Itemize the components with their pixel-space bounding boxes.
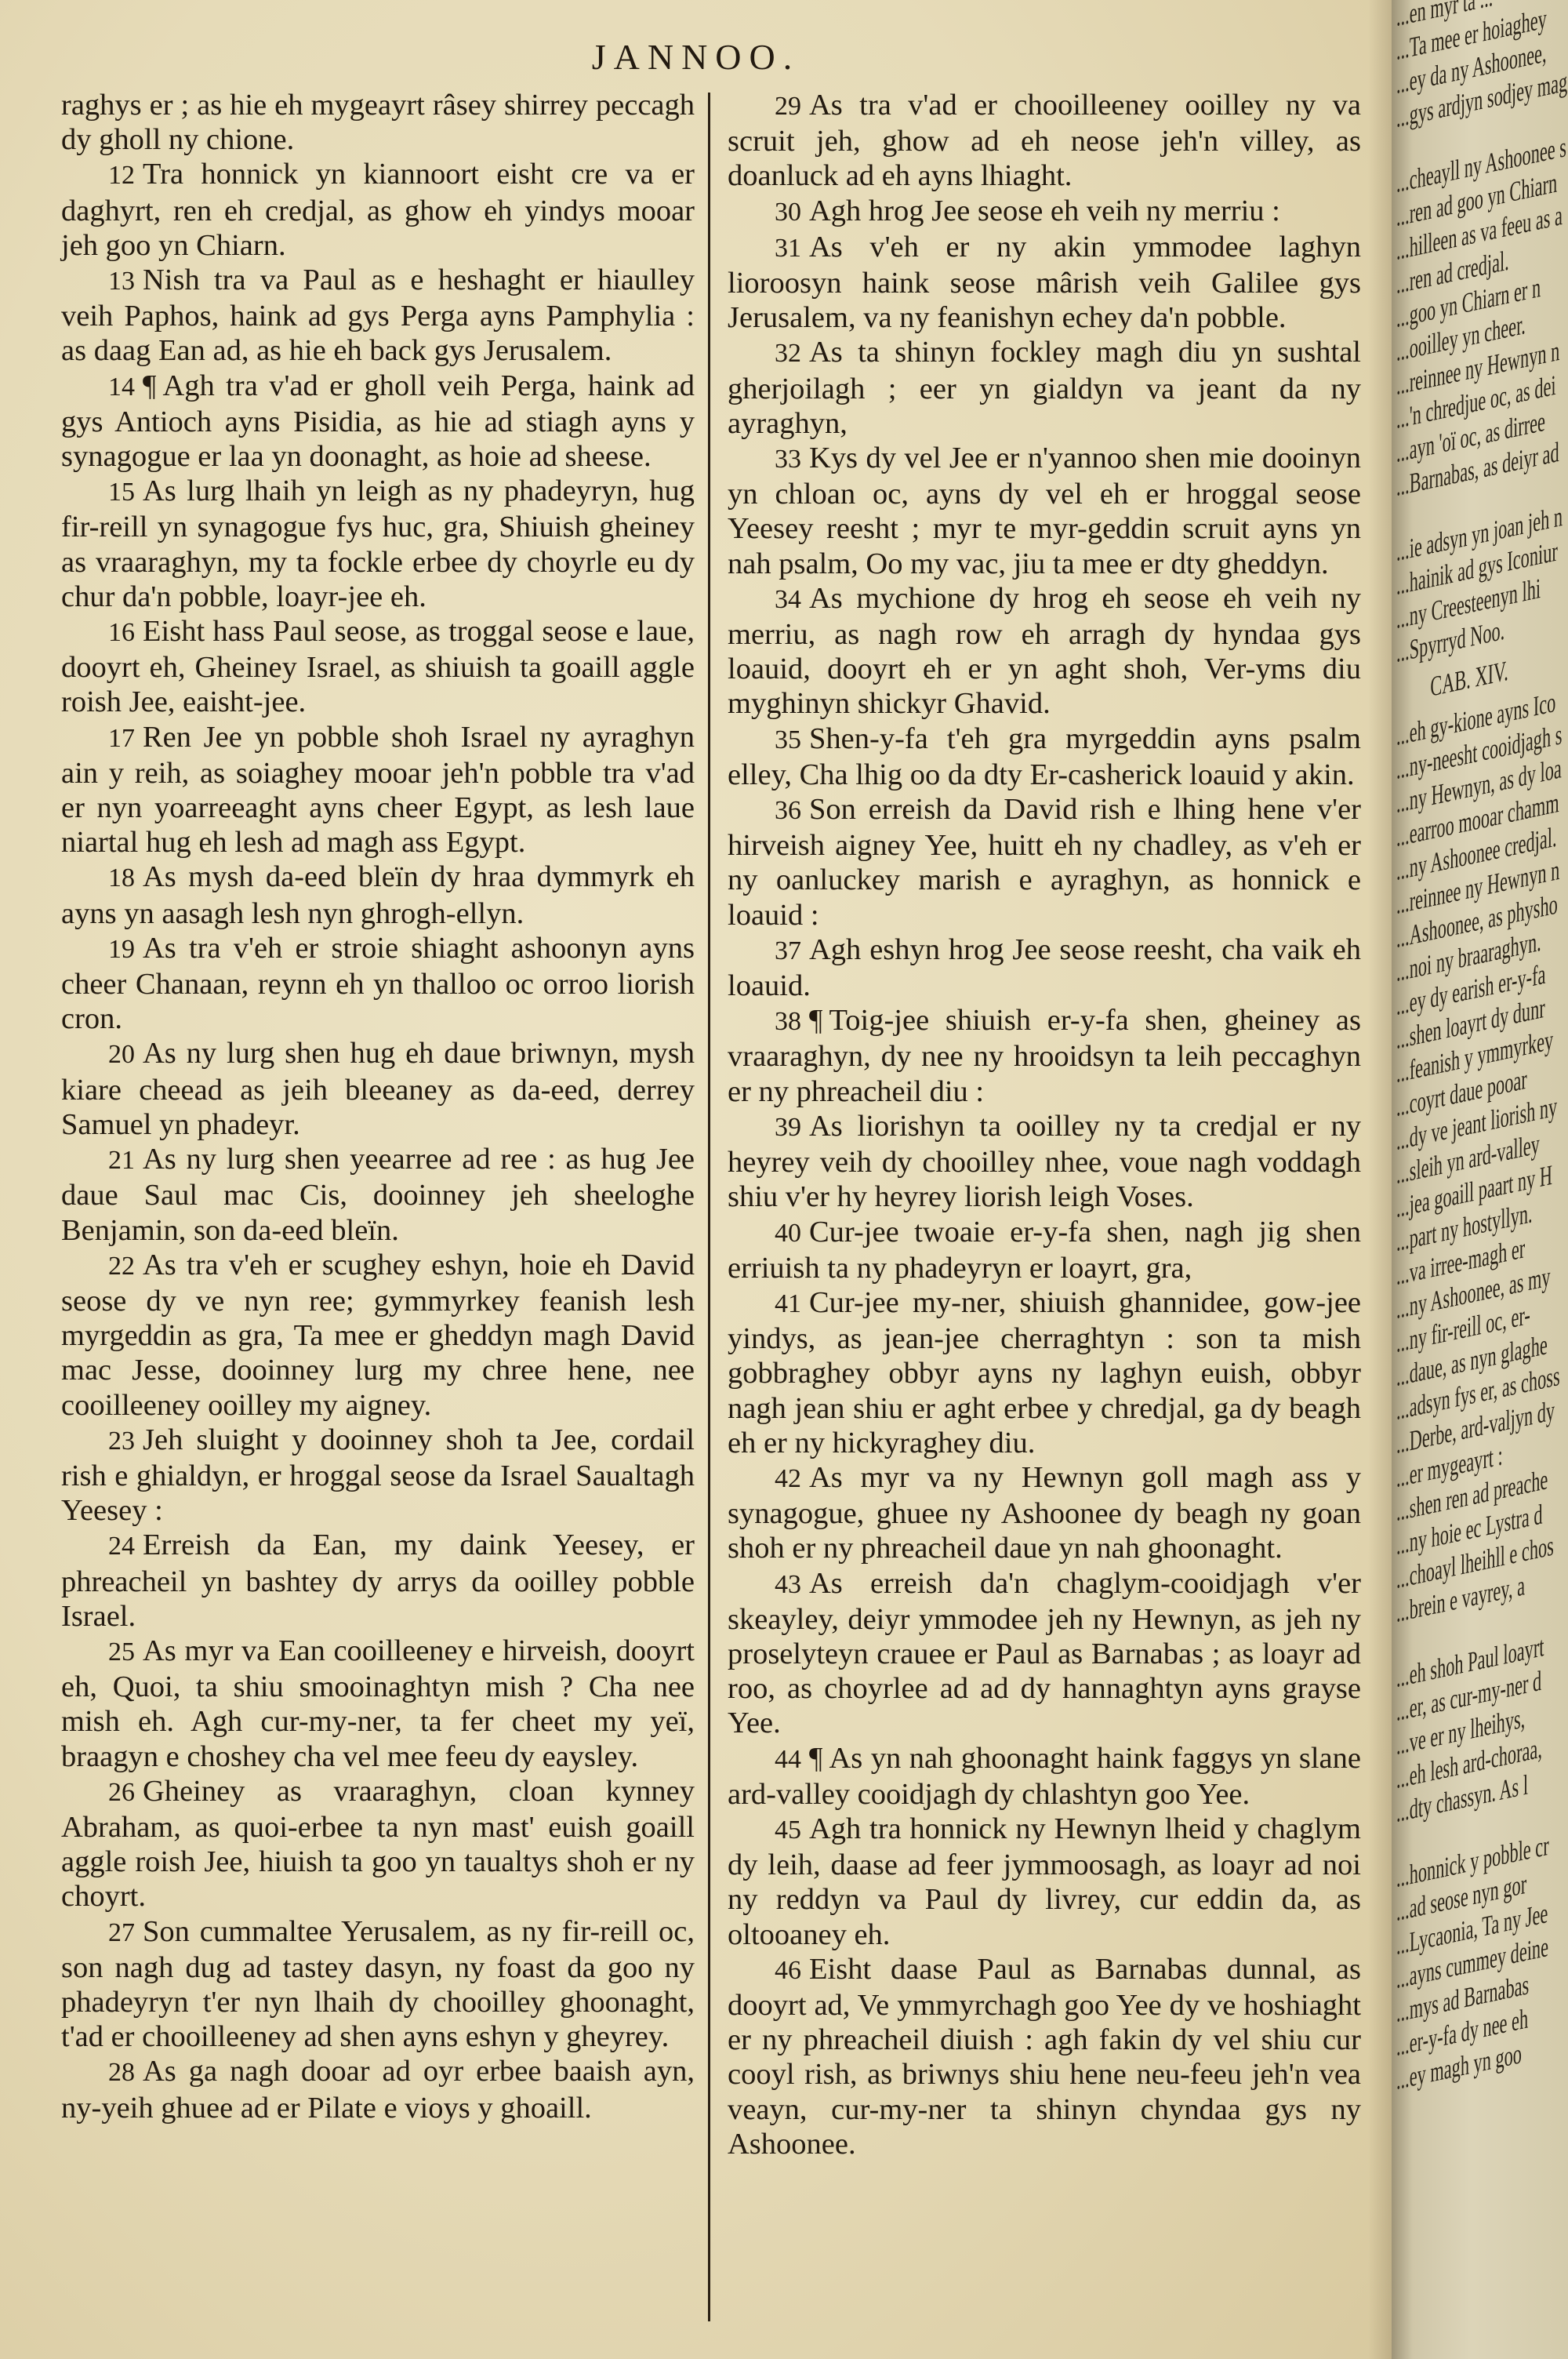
verse: 25As myr va Ean cooilleeney e hirveish, … xyxy=(61,1634,695,1774)
verse: 15As lurg lhaih yn leigh as ny phadeyryn… xyxy=(61,474,695,614)
verse-text: Agh tra honnick ny Hewnyn lheid y chagly… xyxy=(728,1812,1361,1951)
verse-text: As yn nah ghoonaght haink faggys yn slan… xyxy=(728,1742,1361,1811)
verse-text: Agh hrog Jee seose eh veih ny merriu : xyxy=(809,194,1280,227)
verse-number: 15 xyxy=(108,478,135,507)
verse: 42As myr va ny Hewnyn goll magh ass y sy… xyxy=(728,1460,1361,1566)
verse-text: raghys er ; as hie eh mygeayrt râsey shi… xyxy=(61,89,695,156)
verse: 20As ny lurg shen hug eh daue briwnyn, m… xyxy=(61,1036,695,1142)
verse: 37Agh eshyn hrog Jee seose reesht, cha v… xyxy=(728,932,1361,1003)
verse: 40Cur-jee twoaie er-y-fa shen, nagh jig … xyxy=(728,1215,1361,1285)
verse-number: 37 xyxy=(775,936,801,965)
verse-number: 21 xyxy=(108,1146,135,1175)
verse: 23Jeh sluight y dooinney shoh ta Jee, co… xyxy=(61,1423,695,1528)
verse-number: 41 xyxy=(775,1289,801,1318)
verse-number: 22 xyxy=(108,1252,135,1281)
verse-number: 33 xyxy=(775,445,801,474)
verse-text: As lurg lhaih yn leigh as ny phadeyryn, … xyxy=(61,474,695,613)
facing-page-text: ...en myr ta ......Ta mee er hoiaghey...… xyxy=(1396,0,1568,2097)
verse-text: Agh eshyn hrog Jee seose reesht, cha vai… xyxy=(728,933,1361,1002)
verse-number: 13 xyxy=(108,267,135,296)
verse-text: Kys dy vel Jee er n'yannoo shen mie dooi… xyxy=(728,442,1361,580)
verse: 46Eisht daase Paul as Barnabas dunnal, a… xyxy=(728,1952,1361,2161)
verse-number: 17 xyxy=(108,724,135,753)
book-page: JANNOO. raghys er ; as hie eh mygeayrt r… xyxy=(0,0,1392,2359)
verse: 35Shen-y-fa t'eh gra myrgeddin ayns psal… xyxy=(728,722,1361,792)
verse-number: 29 xyxy=(775,92,801,121)
verse-number: 43 xyxy=(775,1570,801,1599)
verse-text: Toig-jee shiuish er-y-fa shen, gheiney a… xyxy=(728,1004,1361,1107)
verse-text: As erreish da'n chaglym-cooidjagh v'er s… xyxy=(728,1567,1361,1740)
verse: 16Eisht hass Paul seose, as troggal seos… xyxy=(61,614,695,720)
verse: 19As tra v'eh er stroie shiaght ashoonyn… xyxy=(61,931,695,1037)
verse-text: As liorishyn ta ooilley ny ta credjal er… xyxy=(728,1110,1361,1213)
column-rule xyxy=(708,93,710,2321)
verse-number: 27 xyxy=(108,1918,135,1947)
verse-number: 40 xyxy=(775,1219,801,1248)
verse: 32As ta shinyn fockley magh diu yn susht… xyxy=(728,335,1361,441)
verse: 44¶As yn nah ghoonaght haink faggys yn s… xyxy=(728,1741,1361,1812)
verse: 18As mysh da-eed bleïn dy hraa dymmyrk e… xyxy=(61,860,695,930)
verse: 34As mychione dy hrog eh seose eh veih n… xyxy=(728,581,1361,722)
verse: 36Son erreish da David rish e lhing hene… xyxy=(728,792,1361,932)
verse: 22As tra v'eh er scughey eshyn, hoie eh … xyxy=(61,1248,695,1423)
pilcrow-mark: ¶ xyxy=(809,1004,822,1037)
verse-text: As ta shinyn fockley magh diu yn sushtal… xyxy=(728,336,1361,439)
verse-text: Son erreish da David rish e lhing hene v… xyxy=(728,793,1361,932)
verse-number: 34 xyxy=(775,585,801,614)
verse-text: As mychione dy hrog eh seose eh veih ny … xyxy=(728,582,1361,721)
verse: raghys er ; as hie eh mygeayrt râsey shi… xyxy=(61,88,695,157)
verse-number: 20 xyxy=(108,1040,135,1069)
verse-text: Gheiney as vraaraghyn, cloan kynney Abra… xyxy=(61,1775,695,1914)
verse-text: As ny lurg shen hug eh daue briwnyn, mys… xyxy=(61,1037,695,1140)
verse-number: 14 xyxy=(108,373,135,402)
verse-text: As ny lurg shen yeearree ad ree : as hug… xyxy=(61,1143,695,1246)
verse-text: As v'eh er ny akin ymmodee laghyn lioroo… xyxy=(728,231,1361,334)
verse: 28As ga nagh dooar ad oyr erbee baaish a… xyxy=(61,2054,695,2125)
verse-number: 28 xyxy=(108,2058,135,2087)
verse-number: 23 xyxy=(108,1427,135,1456)
verse-text: Cur-jee my-ner, shiuish ghannidee, gow-j… xyxy=(728,1286,1361,1459)
verse-text: Tra honnick yn kiannoort eisht cre va er… xyxy=(61,158,695,261)
pilcrow-mark: ¶ xyxy=(809,1742,822,1775)
verse-number: 35 xyxy=(775,725,801,754)
verse-text: Cur-jee twoaie er-y-fa shen, nagh jig sh… xyxy=(728,1216,1361,1285)
verse: 21As ny lurg shen yeearree ad ree : as h… xyxy=(61,1142,695,1248)
verse: 41Cur-jee my-ner, shiuish ghannidee, gow… xyxy=(728,1285,1361,1460)
verse: 12Tra honnick yn kiannoort eisht cre va … xyxy=(61,157,695,263)
verse-number: 44 xyxy=(775,1745,801,1774)
verse: 43As erreish da'n chaglym-cooidjagh v'er… xyxy=(728,1566,1361,1741)
verse: 13Nish tra va Paul as e heshaght er hiau… xyxy=(61,263,695,369)
right-text-column: 29As tra v'ad er chooilleeney ooilley ny… xyxy=(728,88,1361,2161)
verse-text: As mysh da-eed bleïn dy hraa dymmyrk eh … xyxy=(61,860,695,929)
verse: 45Agh tra honnick ny Hewnyn lheid y chag… xyxy=(728,1812,1361,1952)
verse-number: 16 xyxy=(108,618,135,647)
verse-text: As myr va ny Hewnyn goll magh ass y syna… xyxy=(728,1461,1361,1565)
verse: 27Son cummaltee Yerusalem, as ny fir-rei… xyxy=(61,1914,695,2055)
verse-text: As tra v'eh er scughey eshyn, hoie eh Da… xyxy=(61,1249,695,1422)
facing-page-curl: ...en myr ta ......Ta mee er hoiaghey...… xyxy=(1392,0,1568,2359)
verse: 31As v'eh er ny akin ymmodee laghyn lior… xyxy=(728,230,1361,336)
verse-text: Jeh sluight y dooinney shoh ta Jee, cord… xyxy=(61,1423,695,1527)
verse-number: 25 xyxy=(108,1637,135,1667)
verse: 14¶Agh tra v'ad er gholl veih Perga, hai… xyxy=(61,369,695,474)
verse-text: Son cummaltee Yerusalem, as ny fir-reill… xyxy=(61,1915,695,2054)
verse: 24Erreish da Ean, my daink Yeesey, er ph… xyxy=(61,1528,695,1634)
verse-number: 36 xyxy=(775,796,801,825)
verse-number: 38 xyxy=(775,1007,801,1036)
verse-text: Erreish da Ean, my daink Yeesey, er phre… xyxy=(61,1528,695,1632)
verse: 26Gheiney as vraaraghyn, cloan kynney Ab… xyxy=(61,1774,695,1914)
verse-number: 42 xyxy=(775,1464,801,1493)
pilcrow-mark: ¶ xyxy=(143,369,156,402)
verse-number: 31 xyxy=(775,234,801,263)
verse: 29As tra v'ad er chooilleeney ooilley ny… xyxy=(728,88,1361,194)
verse-text: Shen-y-fa t'eh gra myrgeddin ayns psalm … xyxy=(728,722,1361,791)
verse-number: 12 xyxy=(108,161,135,190)
verse: 17Ren Jee yn pobble shoh Israel ny ayrag… xyxy=(61,720,695,860)
verse-text: As tra v'eh er stroie shiaght ashoonyn a… xyxy=(61,932,695,1035)
verse-number: 24 xyxy=(108,1532,135,1561)
verse-text: Eisht daase Paul as Barnabas dunnal, as … xyxy=(728,1953,1361,2161)
verse-number: 46 xyxy=(775,1956,801,1985)
verse-text: As myr va Ean cooilleeney e hirveish, do… xyxy=(61,1634,695,1773)
verse-number: 45 xyxy=(775,1816,801,1845)
running-head: JANNOO. xyxy=(0,36,1392,78)
verse: 38¶Toig-jee shiuish er-y-fa shen, gheine… xyxy=(728,1003,1361,1109)
verse-text: Ren Jee yn pobble shoh Israel ny ayraghy… xyxy=(61,721,695,860)
verse-number: 26 xyxy=(108,1778,135,1807)
verse-number: 32 xyxy=(775,339,801,368)
verse: 33Kys dy vel Jee er n'yannoo shen mie do… xyxy=(728,441,1361,581)
verse-number: 39 xyxy=(775,1113,801,1142)
verse-number: 30 xyxy=(775,198,801,227)
verse-text: As ga nagh dooar ad oyr erbee baaish ayn… xyxy=(61,2055,695,2124)
verse: 39As liorishyn ta ooilley ny ta credjal … xyxy=(728,1109,1361,1215)
verse-number: 19 xyxy=(108,935,135,964)
left-text-column: raghys er ; as hie eh mygeayrt râsey shi… xyxy=(61,88,695,2125)
verse-number: 18 xyxy=(108,863,135,892)
verse-text: Eisht hass Paul seose, as troggal seose … xyxy=(61,615,695,718)
verse-text: Nish tra va Paul as e heshaght er hiaull… xyxy=(61,264,695,367)
verse-text: As tra v'ad er chooilleeney ooilley ny v… xyxy=(728,89,1361,192)
verse-text: Agh tra v'ad er gholl veih Perga, haink … xyxy=(61,369,695,473)
verse: 30Agh hrog Jee seose eh veih ny merriu : xyxy=(728,194,1361,230)
